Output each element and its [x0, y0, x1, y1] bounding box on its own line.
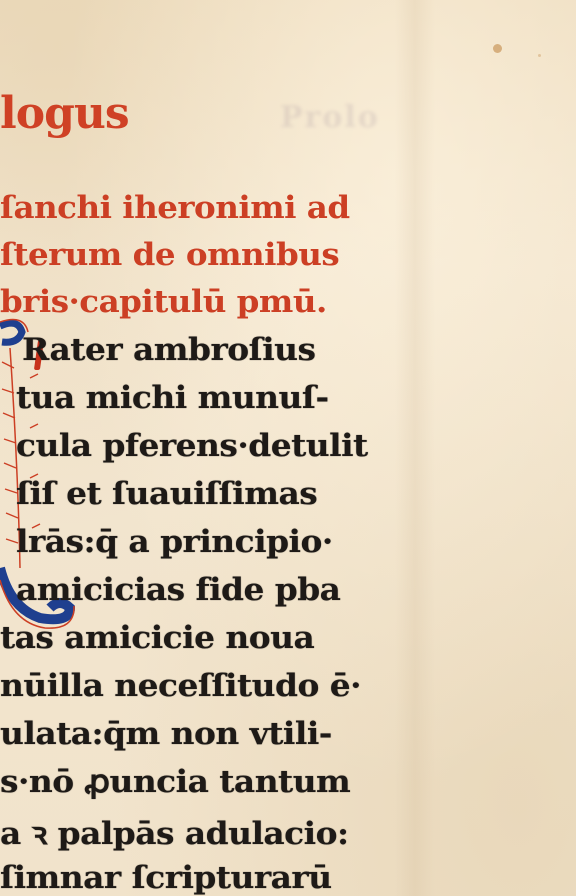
show-through-text: Prolo	[280, 100, 380, 135]
text-line: nūilla neceſſitudo ē·	[0, 668, 361, 704]
text-line: Rater ambroſius	[22, 332, 316, 368]
text-line: lrās:q̄ a principio·	[16, 524, 333, 560]
page-gutter	[395, 0, 435, 896]
text-line: tas amicicie noua	[0, 620, 314, 656]
manuscript-page: Prolo logus ſanchi iheronimi ad ſterum d…	[0, 0, 576, 896]
text-line: cula pferens·detulit	[16, 428, 368, 464]
text-line: ſiſ et ſuauiſſimas	[16, 476, 317, 512]
rubric-line: ſanchi iheronimi ad	[0, 190, 350, 226]
ink-spot	[538, 54, 541, 57]
chapter-heading: logus	[0, 88, 129, 139]
text-line: tua michi munuſ-	[16, 380, 329, 416]
text-line: amicicias fide pba	[16, 572, 340, 608]
rubric-line: ſterum de omnibus	[0, 237, 339, 273]
ink-spot	[493, 44, 502, 53]
text-line: a ꝛ palpās adulacio:	[0, 812, 349, 854]
text-line: s·nō ꝓuncia tantum	[0, 764, 350, 800]
rubric-line: bris·capitulū pmū.	[0, 284, 327, 320]
text-line: ſimnar ſcripturarū	[0, 860, 332, 896]
text-line: ulata:q̄m non vtili-	[0, 716, 332, 752]
